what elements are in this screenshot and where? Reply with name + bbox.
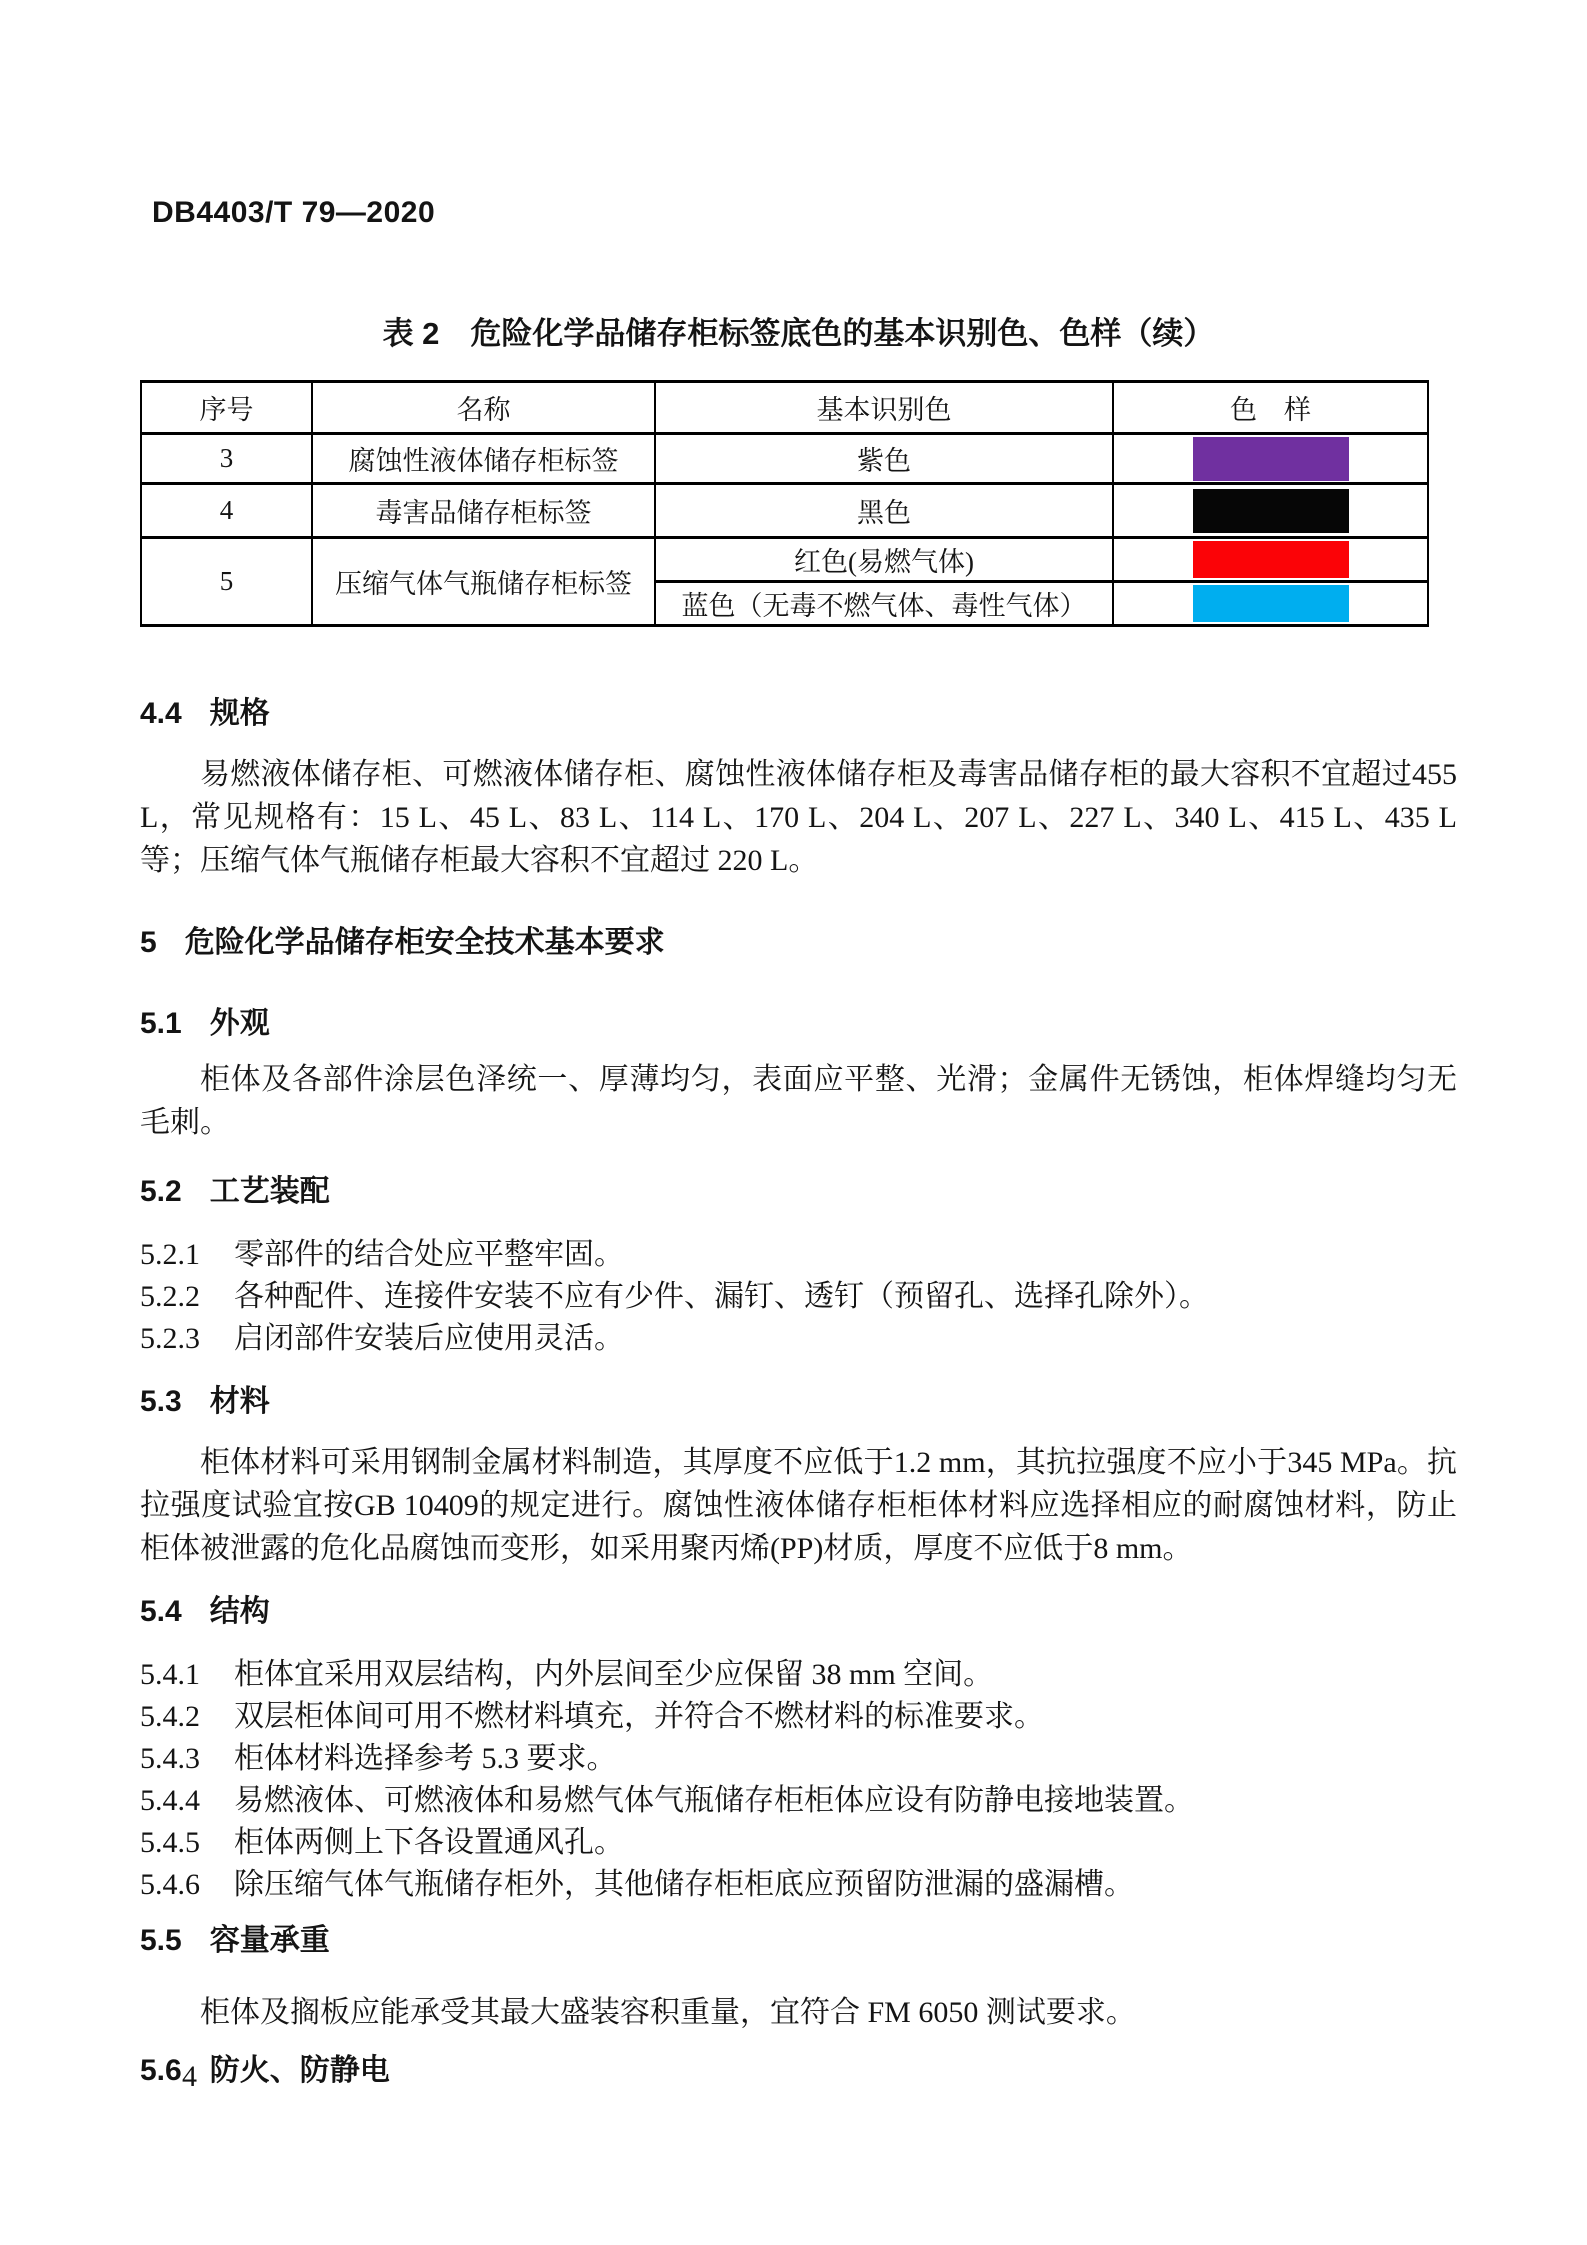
clause-number: 5.4.3	[140, 1738, 200, 1780]
cell-color-name: 紫色	[655, 434, 1113, 484]
color-swatch-blue	[1193, 585, 1349, 622]
cell-no: 4	[141, 484, 312, 538]
section-title: 防火、防静电	[210, 2054, 390, 2087]
clause-text: 双层柜体间可用不燃材料填充，并符合不燃材料的标准要求。	[234, 1700, 1044, 1733]
cell-sample	[1113, 538, 1428, 582]
col-header-name: 名称	[312, 382, 655, 434]
section-title: 容量承重	[210, 1924, 330, 1957]
section-title: 结构	[210, 1595, 270, 1628]
clause-number: 5.4.4	[140, 1780, 200, 1822]
cell-sample	[1113, 434, 1428, 484]
clause-number: 5.2.1	[140, 1234, 200, 1276]
section-heading-5-5: 5.5容量承重	[140, 1923, 1457, 1959]
cell-sample	[1113, 484, 1428, 538]
section-heading-5-2: 5.2工艺装配	[140, 1174, 1457, 1210]
clause-list-5-2: 5.2.1零部件的结合处应平整牢固。 5.2.2各种配件、连接件安装不应有少件、…	[140, 1234, 1457, 1360]
clause-number: 5.2.2	[140, 1276, 200, 1318]
clause-5-4-5: 5.4.5柜体两侧上下各设置通风孔。	[140, 1822, 1457, 1864]
clause-number: 5.4.5	[140, 1822, 200, 1864]
clause-list-5-4: 5.4.1柜体宜采用双层结构，内外层间至少应保留 38 mm 空间。 5.4.2…	[140, 1654, 1457, 1906]
table-row: 4 毒害品储存柜标签 黑色	[141, 484, 1428, 538]
clause-number: 5.2.3	[140, 1318, 200, 1360]
clause-5-4-3: 5.4.3柜体材料选择参考 5.3 要求。	[140, 1738, 1457, 1780]
section-title: 材料	[210, 1385, 270, 1418]
clause-5-2-3: 5.2.3启闭部件安装后应使用灵活。	[140, 1318, 1457, 1360]
cell-name: 腐蚀性液体储存柜标签	[312, 434, 655, 484]
section-title: 规格	[210, 697, 270, 730]
section-title: 危险化学品储存柜安全技术基本要求	[185, 926, 665, 959]
table-header-row: 序号 名称 基本识别色 色 样	[141, 382, 1428, 434]
section-number: 5.1	[140, 1006, 182, 1042]
clause-5-4-1: 5.4.1柜体宜采用双层结构，内外层间至少应保留 38 mm 空间。	[140, 1654, 1457, 1696]
col-header-color: 基本识别色	[655, 382, 1113, 434]
table-caption: 表 2 危险化学品储存柜标签底色的基本识别色、色样（续）	[140, 315, 1457, 353]
document-page: DB4403/T 79—2020 表 2 危险化学品储存柜标签底色的基本识别色、…	[0, 0, 1587, 2245]
cell-color-name: 蓝色（无毒不燃气体、毒性气体）	[655, 582, 1113, 626]
col-header-sample: 色 样	[1113, 382, 1428, 434]
section-heading-4-4: 4.4规格	[140, 696, 1457, 732]
clause-5-2-1: 5.2.1零部件的结合处应平整牢固。	[140, 1234, 1457, 1276]
section-heading-5: 5危险化学品储存柜安全技术基本要求	[140, 925, 1457, 961]
section-number: 5	[140, 925, 157, 961]
section-number: 4.4	[140, 696, 182, 732]
clause-text: 柜体宜采用双层结构，内外层间至少应保留 38 mm 空间。	[234, 1658, 993, 1691]
paragraph-4-4: 易燃液体储存柜、可燃液体储存柜、腐蚀性液体储存柜及毒害品储存柜的最大容积不宜超过…	[140, 753, 1457, 882]
clause-number: 5.4.2	[140, 1696, 200, 1738]
cell-color-name: 黑色	[655, 484, 1113, 538]
section-number: 5.6	[140, 2053, 182, 2089]
clause-5-2-2: 5.2.2各种配件、连接件安装不应有少件、漏钉、透钉（预留孔、选择孔除外）。	[140, 1276, 1457, 1318]
paragraph-5-5: 柜体及搁板应能承受其最大盛装容积重量，宜符合 FM 6050 测试要求。	[140, 1991, 1457, 2034]
clause-text: 各种配件、连接件安装不应有少件、漏钉、透钉（预留孔、选择孔除外）。	[234, 1280, 1209, 1313]
cell-color-name: 红色(易燃气体)	[655, 538, 1113, 582]
clause-number: 5.4.6	[140, 1864, 200, 1906]
section-number: 5.4	[140, 1594, 182, 1630]
clause-number: 5.4.1	[140, 1654, 200, 1696]
doc-number-header: DB4403/T 79—2020	[152, 195, 1457, 231]
section-heading-5-4: 5.4结构	[140, 1594, 1457, 1630]
color-sample-table: 序号 名称 基本识别色 色 样 3 腐蚀性液体储存柜标签 紫色 4 毒害品储存柜…	[140, 380, 1429, 627]
page-number: 4	[182, 2060, 197, 2094]
clause-text: 易燃液体、可燃液体和易燃气体气瓶储存柜柜体应设有防静电接地装置。	[234, 1784, 1194, 1817]
col-header-no: 序号	[141, 382, 312, 434]
clause-text: 启闭部件安装后应使用灵活。	[234, 1322, 624, 1355]
cell-sample	[1113, 582, 1428, 626]
clause-text: 除压缩气体气瓶储存柜外，其他储存柜柜底应预留防泄漏的盛漏槽。	[234, 1868, 1134, 1901]
section-heading-5-1: 5.1外观	[140, 1006, 1457, 1042]
section-title: 工艺装配	[210, 1175, 330, 1208]
section-heading-5-3: 5.3材料	[140, 1384, 1457, 1420]
section-title: 外观	[210, 1007, 270, 1040]
paragraph-5-3: 柜体材料可采用钢制金属材料制造，其厚度不应低于1.2 mm，其抗拉强度不应小于3…	[140, 1441, 1457, 1570]
section-heading-5-6: 5.6防火、防静电	[140, 2053, 1457, 2089]
section-number: 5.5	[140, 1923, 182, 1959]
clause-5-4-4: 5.4.4易燃液体、可燃液体和易燃气体气瓶储存柜柜体应设有防静电接地装置。	[140, 1780, 1457, 1822]
clause-text: 柜体两侧上下各设置通风孔。	[234, 1826, 624, 1859]
color-swatch-purple	[1193, 437, 1349, 481]
color-swatch-red	[1193, 541, 1349, 578]
clause-5-4-2: 5.4.2双层柜体间可用不燃材料填充，并符合不燃材料的标准要求。	[140, 1696, 1457, 1738]
section-number: 5.3	[140, 1384, 182, 1420]
section-number: 5.2	[140, 1174, 182, 1210]
clause-text: 零部件的结合处应平整牢固。	[234, 1238, 624, 1271]
clause-text: 柜体材料选择参考 5.3 要求。	[234, 1742, 617, 1775]
cell-name: 毒害品储存柜标签	[312, 484, 655, 538]
cell-no: 5	[141, 538, 312, 626]
clause-5-4-6: 5.4.6除压缩气体气瓶储存柜外，其他储存柜柜底应预留防泄漏的盛漏槽。	[140, 1864, 1457, 1906]
color-swatch-black	[1193, 489, 1349, 533]
paragraph-5-1: 柜体及各部件涂层色泽统一、厚薄均匀，表面应平整、光滑；金属件无锈蚀，柜体焊缝均匀…	[140, 1058, 1457, 1144]
cell-name: 压缩气体气瓶储存柜标签	[312, 538, 655, 626]
cell-no: 3	[141, 434, 312, 484]
table-row: 5 压缩气体气瓶储存柜标签 红色(易燃气体)	[141, 538, 1428, 582]
table-row: 3 腐蚀性液体储存柜标签 紫色	[141, 434, 1428, 484]
